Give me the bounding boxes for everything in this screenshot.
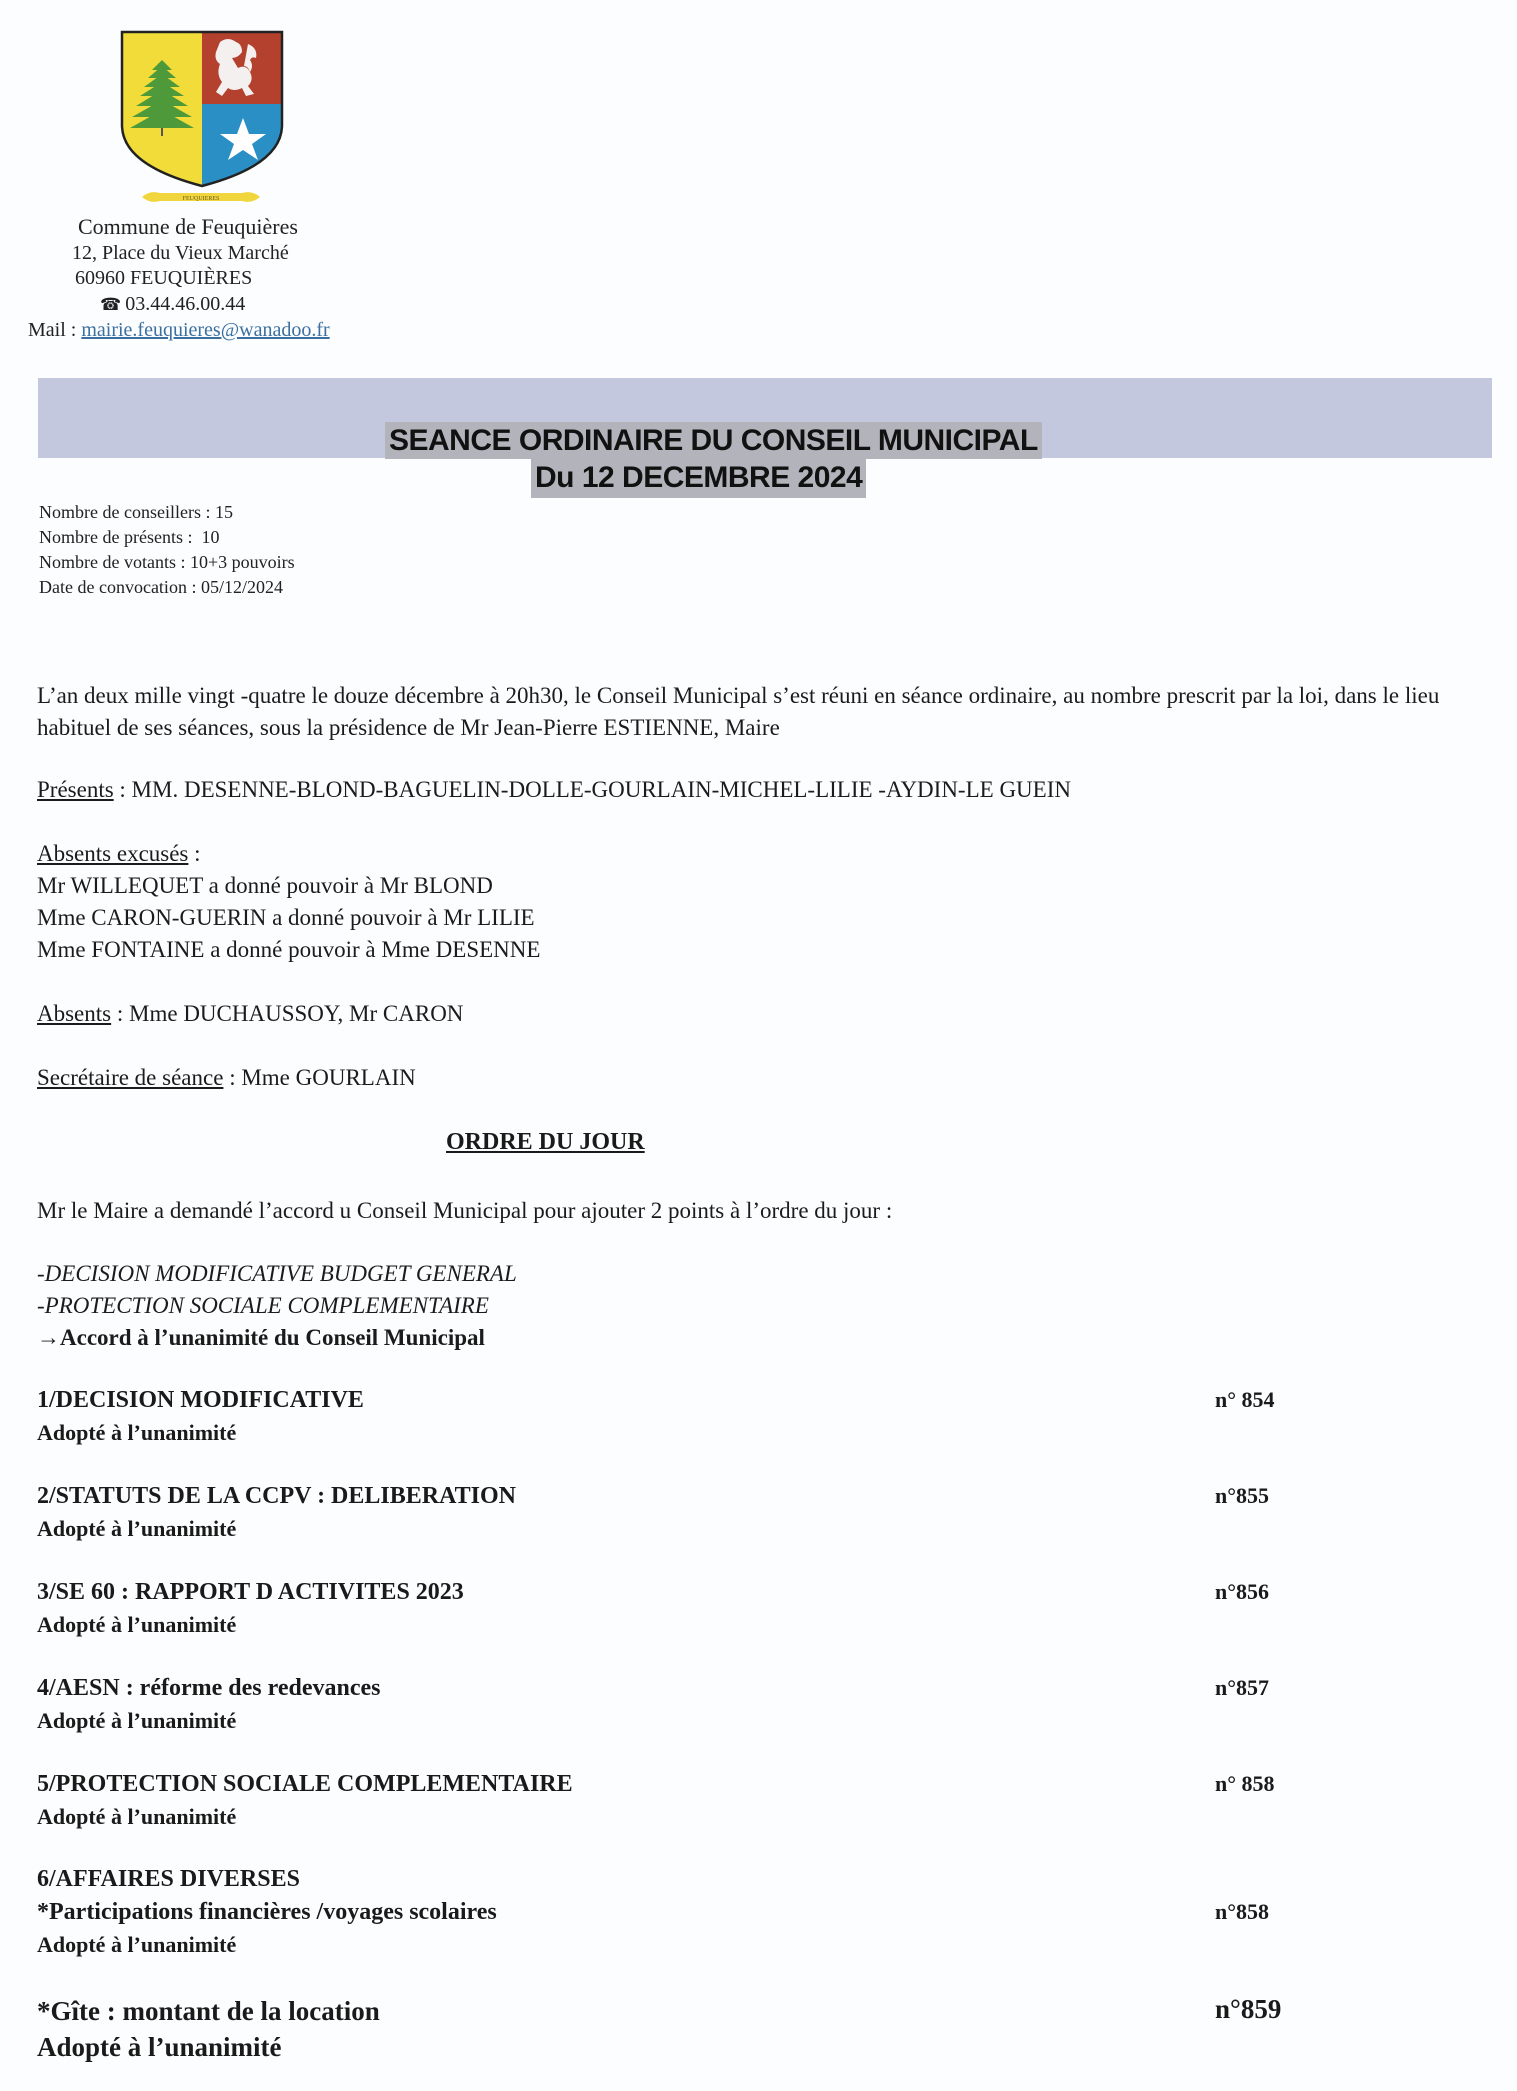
svg-text:FEUQUIERES: FEUQUIERES [183,196,220,202]
ribbon-banner: FEUQUIERES [140,189,262,205]
ordre-du-jour-heading: ORDRE DU JOUR [446,1129,645,1156]
absents-excuses: Absents excusés : Mr WILLEQUET a donné p… [37,838,540,966]
proxy-item: Mme FONTAINE a donné pouvoir à Mme DESEN… [37,934,540,966]
deliberation-number: n° 858 [1215,1771,1275,1797]
accord-line: →Accord à l’unanimité du Conseil Municip… [37,1322,517,1354]
agenda-item-result: Adopté à l’unanimité [37,1516,236,1542]
proxy-item: Mme CARON-GUERIN a donné pouvoir à Mr LI… [37,902,540,934]
presents-value: : MM. DESENNE-BLOND-BAGUELIN-DOLLE-GOURL… [114,777,1071,802]
absents-label: Absents [37,1001,111,1026]
mail-label: Mail : [28,319,81,341]
agenda-item-result: Adopté à l’unanimité [37,1804,236,1830]
absents-value: : Mme DUCHAUSSOY, Mr CARON [111,1001,463,1026]
agenda-item-title: 3/SE 60 : RAPPORT D ACTIVITES 2023 [37,1579,464,1606]
affaires-item-result: Adopté à l’unanimité [37,2032,282,2063]
affaires-item-result: Adopté à l’unanimité [37,1932,236,1958]
presents-line: Présents : MM. DESENNE-BLOND-BAGUELIN-DO… [37,774,1071,806]
affaires-diverses-heading: 6/AFFAIRES DIVERSES [37,1866,300,1893]
added-point: -PROTECTION SOCIALE COMPLEMENTAIRE [37,1290,517,1322]
deliberation-number: n°858 [1215,1899,1269,1925]
intro-paragraph: L’an deux mille vingt -quatre le douze d… [37,680,1497,744]
agenda-item-result: Adopté à l’unanimité [37,1708,236,1734]
stat-convocation: Date de convocation : 05/12/2024 [39,575,295,600]
deliberation-number: n°859 [1215,1994,1281,2025]
deliberation-number: n°857 [1215,1675,1269,1701]
deliberation-number: n°855 [1215,1483,1269,1509]
affaires-item-title: *Participations financières /voyages sco… [37,1899,497,1926]
mail-link[interactable]: mairie.feuquieres@wanadoo.fr [81,319,329,341]
agenda-item-result: Adopté à l’unanimité [37,1612,236,1638]
city: 60960 FEUQUIÈRES [75,266,252,291]
phone: ☎03.44.46.00.44 [100,292,245,317]
agenda-item-title: 4/AESN : réforme des redevances [37,1675,380,1702]
stat-votants: Nombre de votants : 10+3 pouvoirs [39,550,295,575]
stat-conseillers: Nombre de conseillers : 15 [39,500,295,525]
maire-request: Mr le Maire a demandé l’accord u Conseil… [37,1195,892,1227]
agenda-item-title: 1/DECISION MODIFICATIVE [37,1387,364,1414]
phone-number: 03.44.46.00.44 [125,293,245,315]
coat-of-arms-logo [120,30,284,188]
secretaire-label: Secrétaire de séance [37,1065,223,1090]
document-title: SEANCE ORDINAIRE DU CONSEIL MUNICIPAL [385,422,1042,459]
address: 12, Place du Vieux Marché [72,241,289,266]
session-stats: Nombre de conseillers : 15 Nombre de pré… [39,500,295,600]
agenda-item-title: 5/PROTECTION SOCIALE COMPLEMENTAIRE [37,1771,573,1798]
affaires-item-title: *Gîte : montant de la location [37,1996,380,2027]
agenda-item-result: Adopté à l’unanimité [37,1420,236,1446]
absents-excuses-label: Absents excusés [37,841,188,866]
deliberation-number: n° 854 [1215,1387,1275,1413]
added-point: -DECISION MODIFICATIVE BUDGET GENERAL [37,1258,517,1290]
mail: Mail : mairie.feuquieres@wanadoo.fr [28,318,330,343]
secretaire-value: : Mme GOURLAIN [223,1065,415,1090]
deliberation-number: n°856 [1215,1579,1269,1605]
presents-label: Présents [37,777,114,802]
commune-name: Commune de Feuquières [78,214,298,239]
proxy-item: Mr WILLEQUET a donné pouvoir à Mr BLOND [37,870,540,902]
document-date: Du 12 DECEMBRE 2024 [531,458,866,498]
phone-icon: ☎ [100,295,121,314]
agenda-item-title: 2/STATUTS DE LA CCPV : DELIBERATION [37,1483,516,1510]
added-points: -DECISION MODIFICATIVE BUDGET GENERAL -P… [37,1258,517,1354]
secretaire-line: Secrétaire de séance : Mme GOURLAIN [37,1062,416,1094]
absents-line: Absents : Mme DUCHAUSSOY, Mr CARON [37,998,463,1030]
stat-presents: Nombre de présents : 10 [39,525,295,550]
